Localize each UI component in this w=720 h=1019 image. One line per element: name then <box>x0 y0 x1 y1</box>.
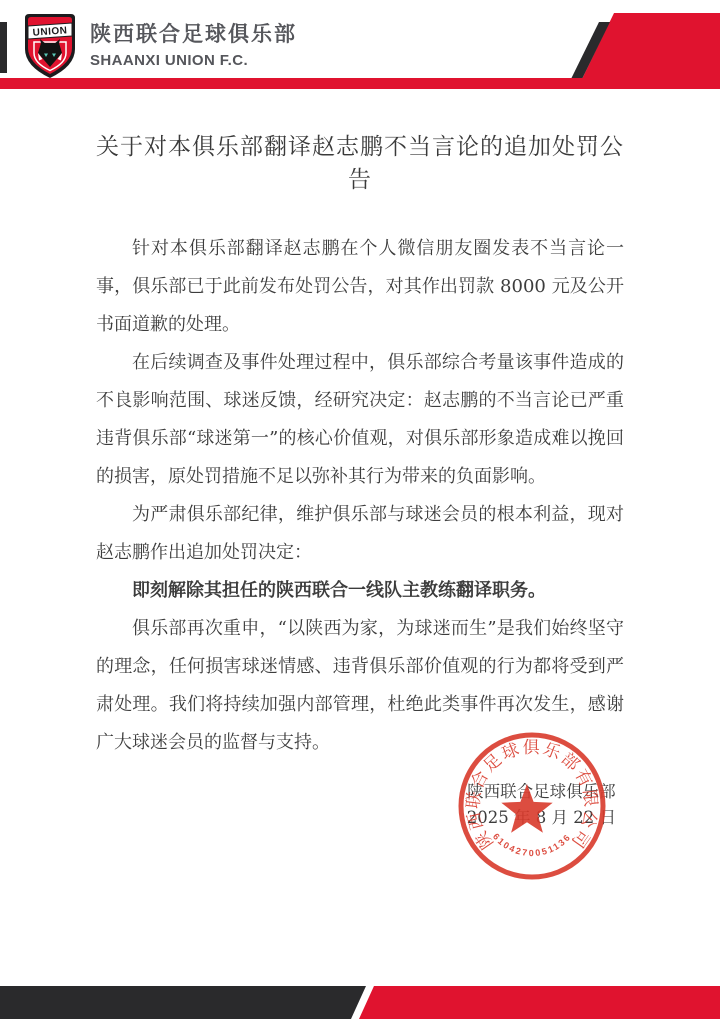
seal-star-icon <box>501 784 552 833</box>
official-seal: 陕西联合足球俱乐部有限公司 6104270051136 <box>447 721 617 891</box>
paragraph-1: 针对本俱乐部翻译赵志鹏在个人微信朋友圈发表不当言论一事，俱乐部已于此前发布处罚公… <box>96 230 624 344</box>
footer-red-band <box>359 986 720 1019</box>
seal-code: 6104270051136 <box>491 831 573 858</box>
footer-black-band <box>0 986 366 1019</box>
left-edge-accent <box>0 22 7 73</box>
decision-statement: 即刻解除其担任的陕西联合一线队主教练翻译职务。 <box>96 572 624 610</box>
announcement-body: 关于对本俱乐部翻译赵志鹏不当言论的追加处罚公告 针对本俱乐部翻译赵志鹏在个人微信… <box>96 0 624 762</box>
paragraph-3: 为严肃俱乐部纪律，维护俱乐部与球迷会员的根本利益，现对赵志鹏作出追加处罚决定： <box>96 496 624 572</box>
paragraph-2: 在后续调查及事件处理过程中，俱乐部综合考量该事件造成的不良影响范围、球迷反馈，经… <box>96 344 624 496</box>
announcement-title: 关于对本俱乐部翻译赵志鹏不当言论的追加处罚公告 <box>96 128 624 194</box>
club-crest: UNION <box>24 13 76 79</box>
announcement-page: UNION 陕西联合足球俱乐部 SHAANXI UNION F.C. 关于对本俱… <box>0 0 720 1019</box>
